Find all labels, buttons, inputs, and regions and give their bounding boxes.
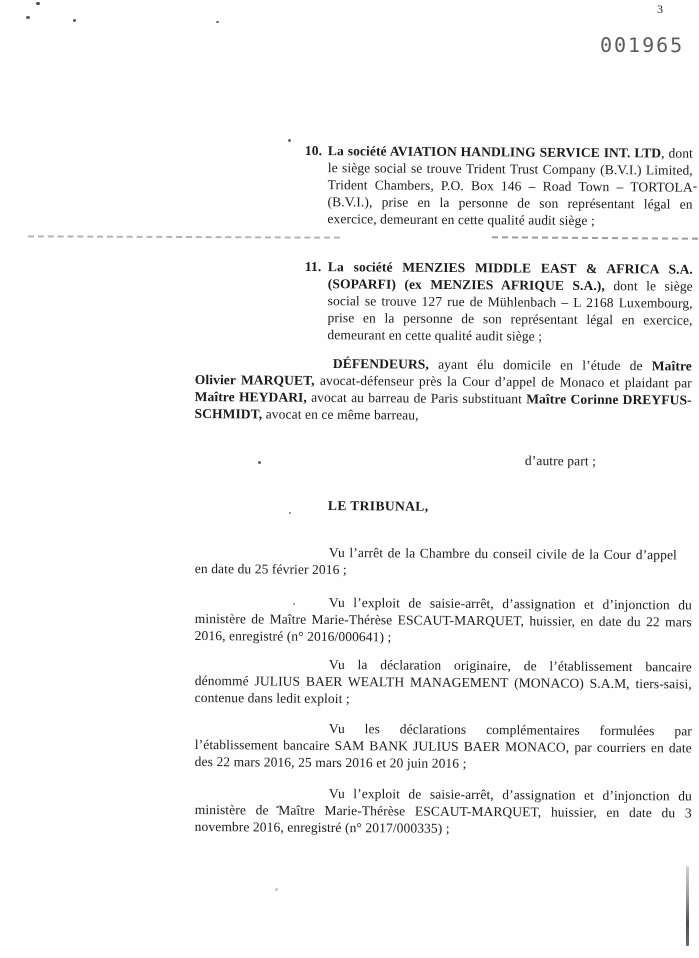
scan-speck [36,2,40,5]
recital-paragraph: Vu l’exploit de saisie-arrêt, d’assignat… [195,784,692,838]
party-text: La société MENZIES MIDDLE EAST & AFRICA … [327,258,693,346]
party-number: 11. [305,258,322,275]
scan-speck [275,888,278,891]
scan-speck [288,139,291,142]
party-paragraph-10: 10. La société AVIATION HANDLING SERVICE… [304,142,693,230]
scan-edge-artifact [686,866,689,946]
defenders-clause: DÉFENDEURS, ayant élu domicile en l’étud… [195,354,692,425]
party-number: 10. [305,142,322,159]
court-heading: LE TRIBUNAL, [328,497,429,515]
scan-speck [73,19,76,22]
scan-speck [216,21,219,23]
scan-speck [276,806,279,808]
scan-speck [693,186,697,188]
scan-speck [26,16,30,19]
recital-paragraph: Vu les déclarations complémentaires form… [195,719,692,773]
page-number: 3 [657,2,663,17]
pagination-stamp: 001965 [600,33,684,57]
recital-paragraph: Vu l’exploit de saisie-arrêt, d’assignat… [195,593,692,647]
scan-speck [293,603,295,605]
scan-dotted-line [492,236,698,239]
scanned-court-document-page: 3 001965 10. La société AVIATION HANDLIN… [0,0,699,958]
party-paragraph-11: 11. La société MENZIES MIDDLE EAST & AFR… [304,258,693,346]
scan-speck [258,461,261,464]
scan-dotted-line [28,235,340,238]
scan-speck [289,512,291,514]
recital-paragraph: Vu l’arrêt de la Chambre du conseil civi… [195,543,677,580]
recital-paragraph: Vu la déclaration originaire, de l’établ… [195,655,692,709]
party-side-label: d’autre part ; [525,452,596,469]
party-text: La société AVIATION HANDLING SERVICE INT… [327,142,693,230]
